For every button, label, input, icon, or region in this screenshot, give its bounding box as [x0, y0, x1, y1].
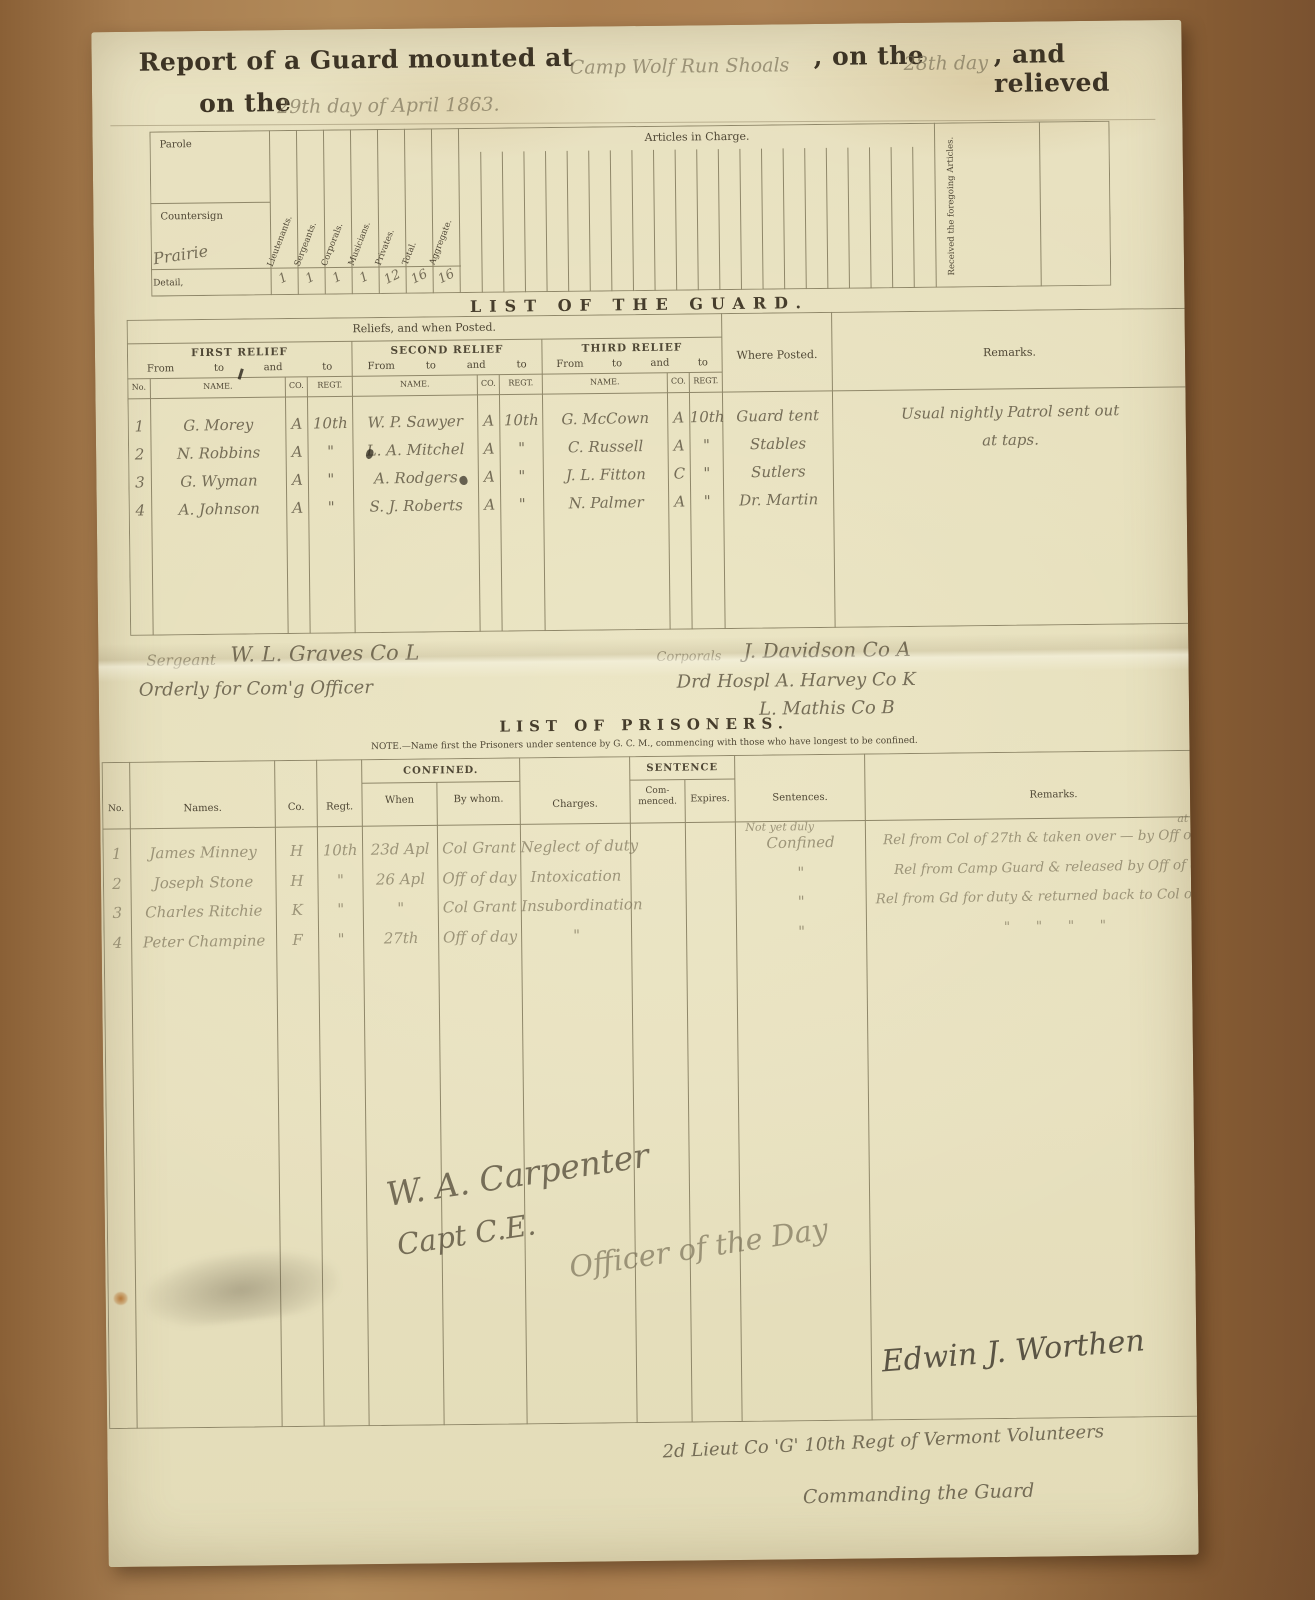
prisoner-cell-by-whom: Col Grant	[438, 897, 521, 916]
guard-cell-co2: A	[479, 495, 501, 513]
guard-cell-regt3: 10th	[690, 408, 723, 427]
prisoner-cell-by-whom: Col Grant	[437, 838, 520, 857]
prisoner-cell-charges: "	[521, 925, 631, 945]
prisoner-cell-by-whom: Off of day	[438, 868, 521, 887]
prisoner-cell-regt: 10th	[317, 841, 362, 860]
guard-cell-regt2: "	[500, 439, 543, 458]
detail-label: Detail,	[153, 278, 183, 288]
officer-role-signature: Officer of the Day	[567, 1211, 830, 1284]
prisoner-cell-commenced	[631, 924, 686, 943]
guard-col-regt-1: REGT.	[307, 380, 352, 390]
report-title-part3: , and relieved	[993, 38, 1182, 98]
guard-cell-co1: A	[287, 499, 309, 517]
commanding-the-guard-line: Commanding the Guard	[803, 1480, 1035, 1509]
guard-cell-regt1: 10th	[308, 414, 353, 433]
guard-cell-name3: N. Palmer	[544, 493, 669, 513]
prisoner-cell-sentences: "	[736, 921, 866, 941]
prisoners-col-co: Co.	[275, 802, 317, 813]
guard-cell-co3: C	[668, 464, 690, 482]
prisoner-cell-co: F	[276, 931, 318, 950]
prisoner-cell-name: Joseph Stone	[131, 872, 276, 892]
to-word: to	[426, 360, 436, 371]
photo-of-guard-report: { "header": { "title_part1": "Report of …	[0, 0, 1315, 1600]
guard-col-no: No.	[127, 383, 150, 392]
relieved-date-handwritten: 29th day of April 1863.	[277, 94, 500, 119]
guard-col-regt-3: REGT.	[689, 376, 722, 385]
prisoner-cell-name: James Minney	[131, 842, 276, 862]
prisoner-cell-co: H	[276, 872, 318, 891]
guard-col-co-1: CO.	[285, 381, 307, 390]
guard-cell-regt2: "	[500, 467, 543, 486]
sentence-header: SENTENCE	[630, 762, 735, 774]
guard-cell-co3: A	[668, 436, 690, 454]
guard-report-document: Report of a Guard mounted at Camp Wolf R…	[91, 20, 1198, 1567]
prisoners-col-expires: Expires.	[685, 793, 735, 805]
guard-cell-co2: A	[478, 467, 500, 485]
prisoner-cell-commenced	[631, 865, 686, 884]
prisoner-cell-charges: Neglect of duty	[520, 836, 630, 856]
confined-header: CONFINED.	[362, 764, 520, 777]
to-word: to	[322, 362, 332, 373]
guard-cell-regt2: 10th	[500, 411, 543, 430]
prisoner-cell-name: Charles Ritchie	[131, 901, 276, 921]
guard-col-co-2: CO.	[477, 379, 499, 388]
guard-cell-co1: A	[286, 471, 308, 489]
prisoner-cell-regt: "	[318, 871, 363, 890]
guard-cell-regt1: "	[308, 470, 353, 489]
guard-cell-name2: S. J. Roberts	[354, 496, 479, 516]
prisoner-cell-when: 26 Apl	[363, 870, 438, 889]
fold-crease-middle	[98, 632, 1188, 682]
prisoner-cell-expires	[686, 924, 736, 943]
guard-cell-name1: N. Robbins	[151, 443, 286, 463]
prisoners-col-names: Names.	[130, 802, 275, 815]
commander-rank-line: 2d Lieut Co 'G' 10th Regt of Vermont Vol…	[662, 1421, 1104, 1462]
prisoner-cell-name: Peter Champine	[132, 931, 277, 951]
guard-cell-name1: G. Wyman	[151, 471, 286, 491]
parole-label: Parole	[160, 139, 192, 150]
prisoners-col-when: When	[362, 794, 437, 806]
guard-col-name-1: NAME.	[150, 381, 285, 392]
prisoner-cell-commenced	[630, 835, 685, 854]
prisoner-cell-no: 1	[103, 845, 131, 863]
prisoner-cell-when: 27th	[363, 929, 438, 948]
prisoner-cell-commenced	[631, 894, 686, 913]
guard-cell-co2: A	[478, 439, 500, 457]
guard-cell-co3: A	[669, 492, 691, 510]
and-word: and	[467, 360, 486, 371]
third-relief-title: THIRD RELIEF	[542, 341, 722, 355]
guard-col-co-3: CO.	[667, 376, 689, 385]
where-posted-header: Where Posted.	[722, 348, 832, 362]
guard-cell-name1: G. Morey	[151, 415, 286, 435]
guard-cell-regt3: "	[691, 492, 724, 511]
second-relief-from-to: Fromtoandto	[352, 359, 542, 372]
prisoner-cell-co: K	[276, 901, 318, 920]
prisoner-cell-no: 3	[103, 904, 131, 922]
prisoners-col-regt: Regt.	[317, 801, 362, 813]
to-word: to	[698, 357, 708, 368]
countersign-label: Countersign	[160, 211, 223, 223]
guard-cell-regt3: "	[690, 464, 723, 483]
guard-cell-regt1: "	[308, 442, 353, 461]
guard-cell-regt3: "	[690, 436, 723, 455]
to-word: to	[612, 358, 622, 369]
officer-rank-signature: Capt C.E.	[395, 1207, 538, 1262]
guard-cell-no: 4	[129, 501, 152, 519]
prisoner-cell-expires	[686, 865, 736, 884]
prisoner-cell-regt: "	[318, 900, 363, 919]
guard-cell-where: Guard tent	[723, 406, 833, 426]
prisoner-cell-when: "	[363, 899, 438, 918]
third-relief-from-to: Fromtoandto	[542, 357, 722, 370]
prisoner-cell-sentences: "	[736, 891, 866, 911]
guard-cell-where: Dr. Martin	[724, 490, 834, 510]
mounted-at-handwritten: Camp Wolf Run Shoals	[570, 54, 790, 78]
guard-cell-co1: A	[286, 443, 308, 461]
prisoner-cell-regt: "	[318, 930, 363, 949]
guard-cell-regt1: "	[309, 498, 354, 517]
to-word: to	[214, 363, 224, 374]
received-articles-label: Received the foregoing Articles.	[945, 132, 981, 280]
guard-table: Reliefs, and when Posted. FIRST RELIEF S…	[127, 308, 1191, 636]
prisoners-col-no: No.	[102, 804, 130, 814]
prisoners-col-commenced: Com-menced.	[634, 786, 681, 808]
from-word: From	[556, 359, 583, 370]
prisoner-cell-charges: Insubordination	[521, 895, 631, 915]
prisoner-cell-expires	[685, 835, 735, 854]
mounted-day-handwritten: 28th day	[904, 52, 989, 75]
guard-col-name-3: NAME.	[542, 377, 667, 387]
prisoners-col-sentences: Sentences.	[735, 792, 865, 804]
guard-cell-name1: A. Johnson	[152, 499, 287, 519]
guard-cell-name3: G. McCown	[543, 409, 668, 429]
prisoner-cell-when: 23d Apl	[362, 840, 437, 859]
guard-cell-co3: A	[668, 408, 690, 426]
first-relief-title: FIRST RELIEF	[127, 345, 352, 360]
prisoners-col-by-whom: By whom.	[437, 793, 520, 805]
second-relief-title: SECOND RELIEF	[352, 343, 542, 357]
prisoner-cell-no: 2	[103, 875, 131, 893]
prisoner-cell-charges: Intoxication	[521, 866, 631, 886]
guard-cell-regt2: "	[501, 495, 544, 514]
remarks-note-handwritten: at Hdqs	[1177, 811, 1198, 824]
guard-cell-no: 2	[128, 445, 151, 463]
guard-cell-co1: A	[286, 415, 308, 433]
guard-cell-where: Sutlers	[723, 462, 833, 482]
report-title-part1: Report of a Guard mounted at	[139, 43, 575, 77]
from-word: From	[147, 363, 174, 374]
guard-cell-where: Stables	[723, 434, 833, 454]
guard-cell-name3: J. L. Fitton	[543, 465, 668, 485]
prisoner-cell-sentences: "	[736, 862, 866, 882]
prisoner-cell-by-whom: Off of day	[438, 927, 521, 946]
to-word: to	[516, 359, 526, 370]
prisoner-cell-sentences: Confined	[735, 832, 865, 852]
guard-cell-name2: W. P. Sawyer	[353, 412, 478, 432]
sentences-note-handwritten: Not yet duly	[745, 820, 814, 834]
guard-cell-no: 3	[128, 473, 151, 491]
detail-table: Parole Countersign Prairie Detail, Lieut…	[149, 121, 1111, 297]
prisoner-cell-co: H	[275, 842, 317, 861]
prisoner-cell-no: 4	[104, 934, 132, 952]
guard-cell-no: 1	[128, 417, 151, 435]
wax-spot-stain	[114, 1292, 128, 1305]
guard-cell-name3: C. Russell	[543, 437, 668, 457]
from-word: From	[368, 361, 395, 372]
prisoner-cell-expires	[686, 894, 736, 913]
prisoners-col-charges: Charges.	[520, 798, 630, 810]
guard-col-name-2: NAME.	[352, 379, 477, 389]
and-word: and	[264, 362, 283, 373]
guard-col-regt-2: REGT.	[499, 378, 542, 387]
and-word: and	[650, 358, 669, 369]
guard-cell-co2: A	[478, 411, 500, 429]
